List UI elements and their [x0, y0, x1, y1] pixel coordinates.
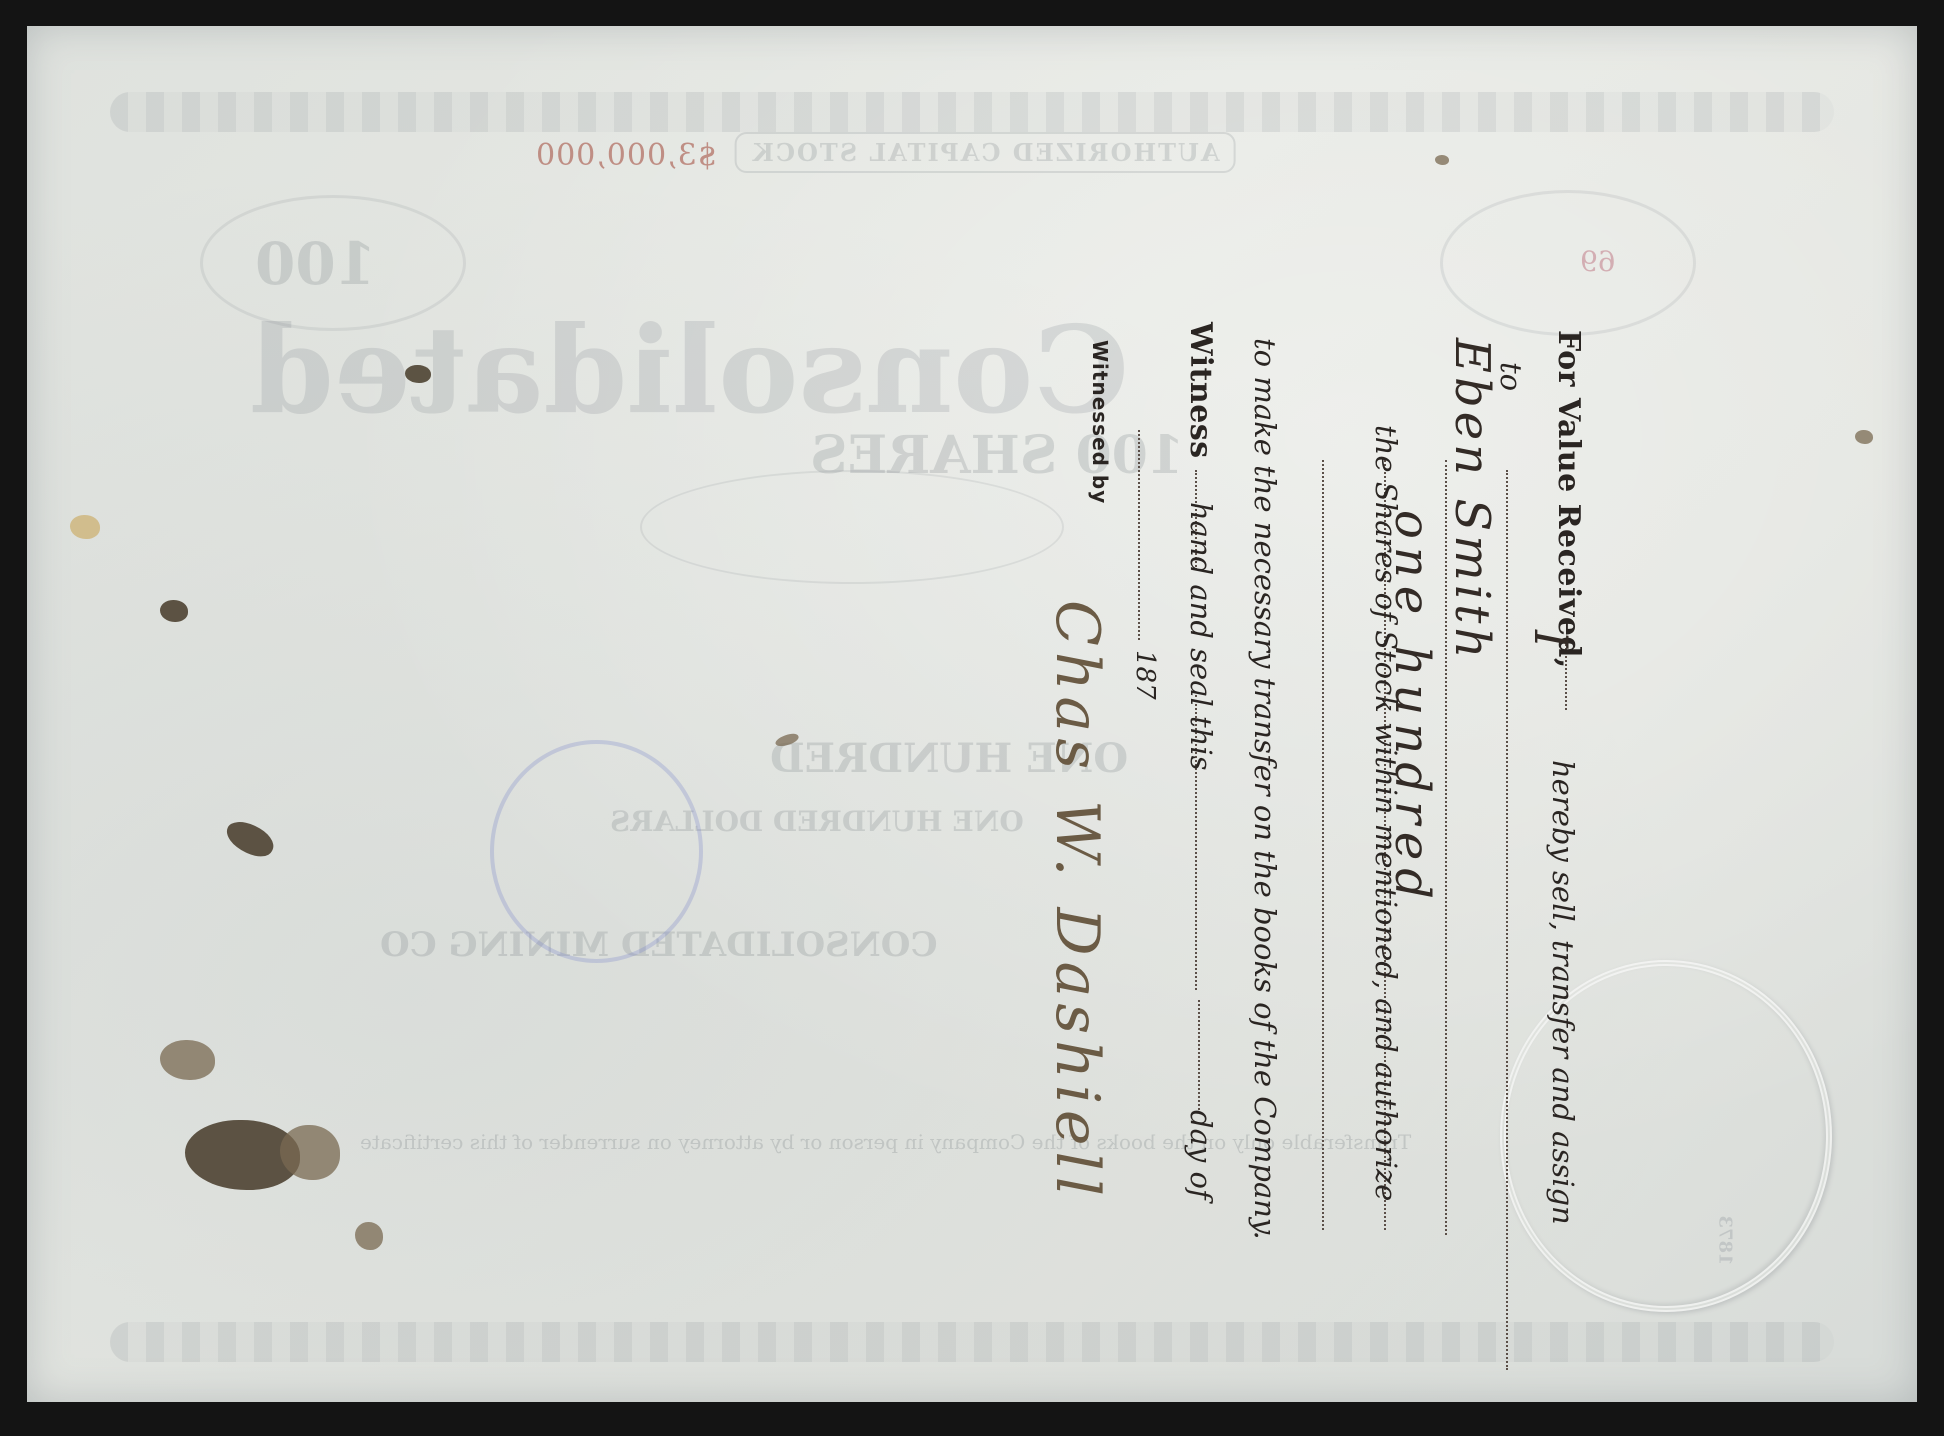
ink-stain	[405, 365, 431, 383]
dotted-rule-day	[1198, 1000, 1200, 1110]
hand-and-seal-label: hand and seal this	[1184, 502, 1218, 771]
authorized-capital-showthrough: AUTHORIZED CAPITAL STOCK	[735, 132, 1236, 173]
share-count-showthrough: 100	[255, 230, 376, 298]
right-oval-ornament	[1440, 190, 1696, 336]
year-prefix: 187	[1130, 650, 1160, 700]
ink-spot	[1855, 430, 1873, 444]
bottom-border-ornament	[110, 1322, 1834, 1362]
dotted-rule-line5	[1322, 460, 1324, 1230]
yellow-stain	[70, 515, 100, 539]
witness-label: Witness	[1183, 322, 1218, 459]
for-value-received-label: For Value Received,	[1551, 330, 1586, 669]
dotted-rule-line2	[1506, 470, 1508, 1370]
seller-handwritten[interactable]: I	[1524, 630, 1578, 648]
transferee-name-handwritten[interactable]: Eben Smith	[1444, 338, 1500, 662]
make-transfer-label: to make the necessary transfer on the bo…	[1248, 338, 1282, 1240]
certificate-number-showthrough: 69	[1580, 245, 1616, 278]
signature[interactable]: Chas W. Dashiell	[1042, 600, 1112, 1202]
ink-stain	[355, 1222, 383, 1250]
company-title-showthrough: Consolidated	[250, 300, 1129, 441]
hereby-sell-label: hereby sell, transfer and assign	[1546, 760, 1580, 1225]
ink-stain	[160, 1040, 215, 1080]
share-quantity-handwritten[interactable]: one hundred	[1384, 510, 1440, 907]
top-border-ornament	[110, 92, 1834, 132]
capital-amount-showthrough: $3,000,000	[535, 138, 717, 173]
seal-year: 1873	[1715, 1215, 1736, 1265]
center-scroll-ornament	[640, 470, 1064, 584]
blue-cancellation-stamp	[490, 740, 703, 963]
ink-stain	[160, 600, 188, 622]
day-of-label: day of	[1184, 1110, 1218, 1200]
ink-spot	[1435, 155, 1449, 165]
witnessed-by-label: Witnessed by	[1088, 340, 1112, 504]
dotted-rule-year	[1138, 430, 1140, 640]
ink-stain	[280, 1125, 340, 1180]
